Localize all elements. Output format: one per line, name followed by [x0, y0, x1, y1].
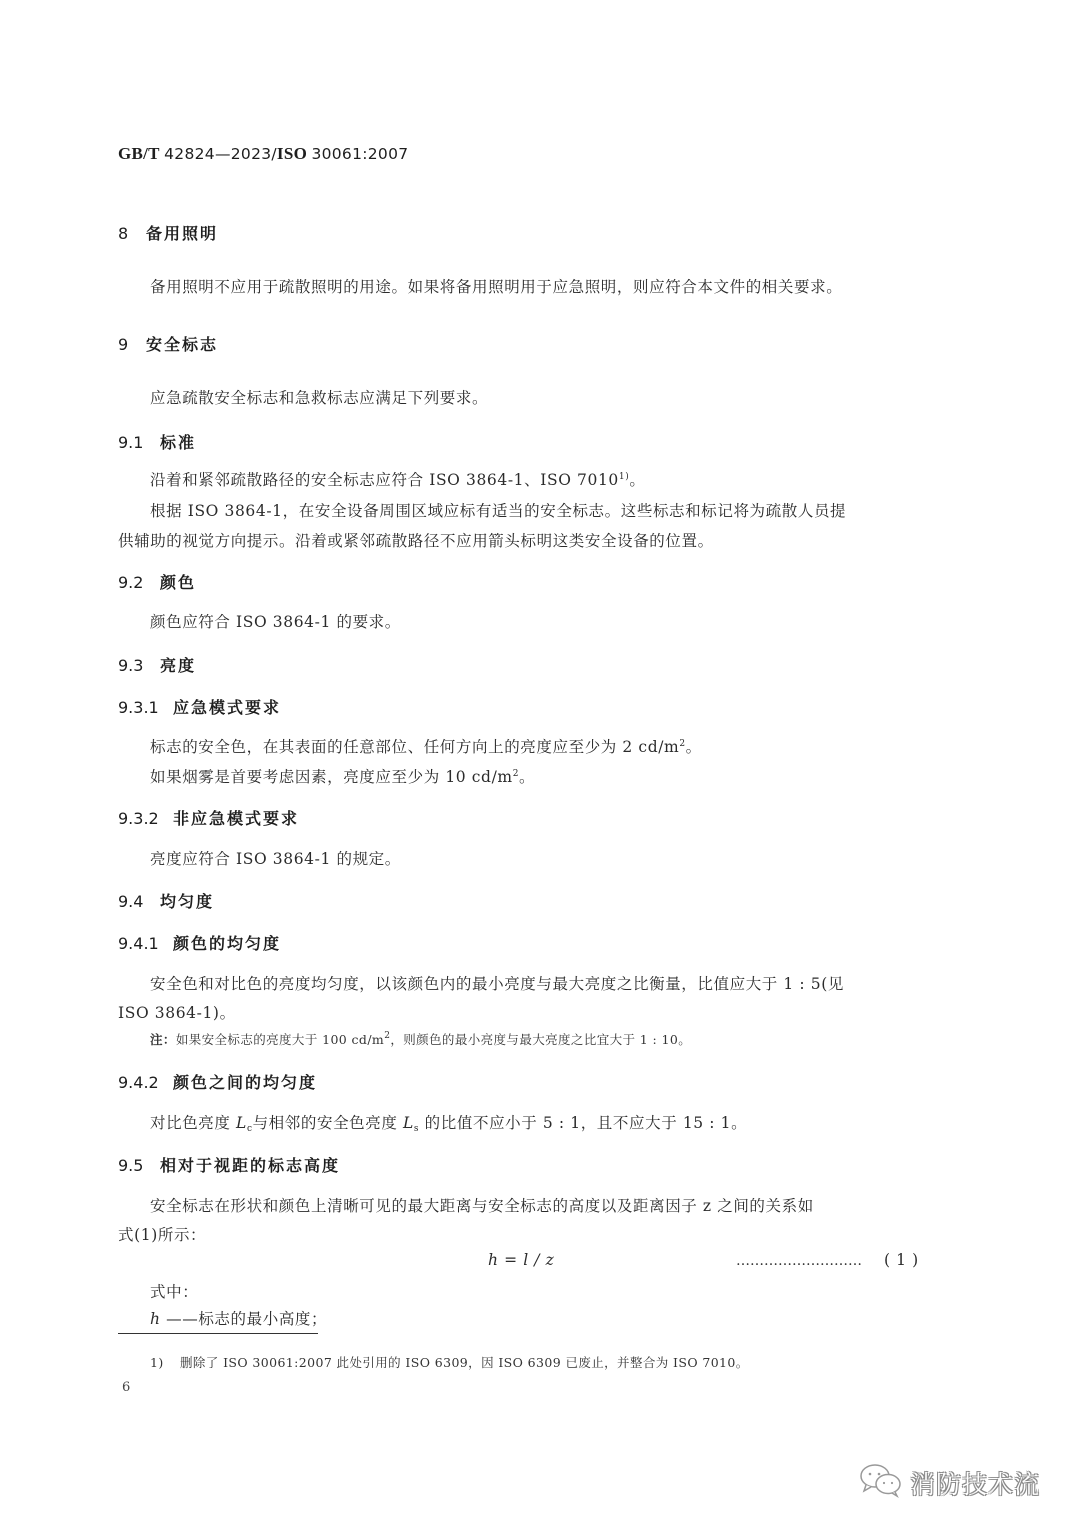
variable: h — [150, 1310, 161, 1328]
footnote-text: 删除了 ISO 30061:2007 此处引用的 ISO 6309，因 ISO … — [180, 1355, 749, 1370]
std-number: 42824—2023/ — [164, 145, 277, 163]
text: 。 — [686, 738, 702, 756]
text: ——标志的最小高度； — [166, 1310, 327, 1328]
subscript: s — [414, 1124, 419, 1134]
variable-definition: h ——标志的最小高度； — [150, 1307, 327, 1329]
section-number: 9.4.2 — [118, 1073, 173, 1092]
page-number: 6 — [122, 1380, 130, 1395]
section-9-2-body: 颜色应符合 ISO 3864-1 的要求。 — [150, 610, 401, 632]
text: 标志的安全色，在其表面的任意部位、任何方向上的亮度应至少为 2 cd/m — [150, 738, 679, 756]
text: 如果安全标志的亮度大于 100 cd/m — [176, 1032, 384, 1047]
text: ，则颜色的最小亮度与最大亮度之比宜大于 1 : 10。 — [390, 1032, 691, 1047]
section-title: 备用照明 — [146, 224, 218, 243]
section-9-3-1-paragraph-1: 标志的安全色，在其表面的任意部位、任何方向上的亮度应至少为 2 cd/m2。 — [150, 735, 702, 757]
section-9-5-paragraph-line-2: 式(1)所示： — [118, 1223, 206, 1245]
text: 对比色亮度 — [150, 1114, 236, 1132]
section-number: 9.5 — [118, 1156, 160, 1175]
section-9-4-1-paragraph-line-1: 安全色和对比色的亮度均匀度，以该颜色内的最小亮度与最大亮度之比衡量，比值应大于 … — [150, 972, 844, 994]
section-title: 颜色 — [160, 573, 196, 592]
section-9-1-heading: 9.1标准 — [118, 430, 196, 453]
section-9-4-1-paragraph-line-2: ISO 3864-1)。 — [118, 1001, 236, 1023]
text: 如果烟雾是首要考虑因素，亮度应至少为 10 cd/m — [150, 768, 513, 786]
footnote-separator — [118, 1333, 318, 1334]
where-label: 式中： — [150, 1280, 198, 1302]
section-title: 安全标志 — [146, 335, 218, 354]
section-9-3-1-paragraph-2: 如果烟雾是首要考虑因素，亮度应至少为 10 cd/m2。 — [150, 765, 535, 787]
variable: L — [236, 1114, 247, 1132]
section-8-body: 备用照明不应用于疏散照明的用途。如果将备用照明用于应急照明，则应符合本文件的相关… — [150, 275, 842, 297]
section-number: 9.4 — [118, 892, 160, 911]
section-title: 颜色的均匀度 — [173, 934, 281, 953]
section-9-3-2-heading: 9.3.2非应急模式要求 — [118, 806, 299, 829]
section-9-heading: 9安全标志 — [118, 332, 218, 355]
text: 。 — [629, 471, 645, 489]
section-9-body: 应急疏散安全标志和急救标志应满足下列要求。 — [150, 386, 488, 408]
equation: h = l / z — [488, 1251, 554, 1269]
section-number: 9.2 — [118, 573, 160, 592]
iso-prefix: ISO — [277, 144, 307, 163]
std-prefix: GB/T — [118, 144, 160, 163]
section-9-3-heading: 9.3亮度 — [118, 653, 196, 676]
iso-number: 30061:2007 — [311, 145, 408, 163]
section-9-4-2-body: 对比色亮度 Lc与相邻的安全色亮度 Ls 的比值不应小于 5 : 1，且不应大于… — [150, 1111, 747, 1134]
text: 。 — [519, 768, 535, 786]
section-number: 9.3.1 — [118, 698, 173, 717]
equation-leader-dots: ……………………… — [736, 1253, 862, 1269]
section-number: 9 — [118, 335, 146, 354]
footnote: 1)删除了 ISO 30061:2007 此处引用的 ISO 6309，因 IS… — [150, 1353, 749, 1371]
section-9-2-heading: 9.2颜色 — [118, 570, 196, 593]
section-9-4-2-heading: 9.4.2颜色之间的均匀度 — [118, 1070, 317, 1093]
variable: L — [403, 1114, 414, 1132]
section-9-1-paragraph-2-line-2: 供辅助的视觉方向提示。沿着或紧邻疏散路径不应用箭头标明这类安全设备的位置。 — [118, 529, 714, 551]
section-number: 9.1 — [118, 433, 160, 452]
section-title: 相对于视距的标志高度 — [160, 1156, 340, 1175]
wechat-icon — [858, 1462, 904, 1503]
note-label: 注： — [150, 1032, 176, 1047]
section-9-4-1-note: 注：如果安全标志的亮度大于 100 cd/m2，则颜色的最小亮度与最大亮度之比宜… — [150, 1030, 691, 1048]
section-title: 非应急模式要求 — [173, 809, 299, 828]
section-number: 9.3.2 — [118, 809, 173, 828]
section-number: 9.3 — [118, 656, 160, 675]
section-title: 亮度 — [160, 656, 196, 675]
section-number: 9.4.1 — [118, 934, 173, 953]
section-title: 均匀度 — [160, 892, 214, 911]
section-9-3-1-heading: 9.3.1应急模式要求 — [118, 695, 281, 718]
document-page: GB/T 42824—2023/ISO 30061:2007 8备用照明 备用照… — [0, 0, 1080, 1528]
section-9-1-paragraph-1: 沿着和紧邻疏散路径的安全标志应符合 ISO 3864-1、ISO 70101)。 — [150, 468, 645, 490]
footnote-marker: 1) — [150, 1355, 180, 1370]
watermark: 消防技术流 — [858, 1462, 1040, 1503]
text: 沿着和紧邻疏散路径的安全标志应符合 ISO 3864-1、ISO 7010 — [150, 471, 619, 489]
section-9-4-1-heading: 9.4.1颜色的均匀度 — [118, 931, 281, 954]
section-title: 应急模式要求 — [173, 698, 281, 717]
section-title: 标准 — [160, 433, 196, 452]
equation-number: ( 1 ) — [884, 1251, 919, 1269]
section-9-1-paragraph-2-line-1: 根据 ISO 3864-1，在安全设备周围区域应标有适当的安全标志。这些标志和标… — [150, 499, 846, 521]
section-8-heading: 8备用照明 — [118, 221, 218, 244]
section-number: 8 — [118, 224, 146, 243]
section-9-5-paragraph-line-1: 安全标志在形状和颜色上清晰可见的最大距离与安全标志的高度以及距离因子 z 之间的… — [150, 1194, 814, 1216]
standard-identifier: GB/T 42824—2023/ISO 30061:2007 — [118, 144, 408, 164]
section-9-5-heading: 9.5相对于视距的标志高度 — [118, 1153, 340, 1176]
text: 与相邻的安全色亮度 — [253, 1114, 403, 1132]
watermark-text: 消防技术流 — [910, 1465, 1040, 1501]
section-title: 颜色之间的均匀度 — [173, 1073, 317, 1092]
section-9-4-heading: 9.4均匀度 — [118, 889, 214, 912]
footnote-ref: 1) — [619, 472, 629, 482]
text: 的比值不应小于 5 : 1，且不应大于 15 : 1。 — [425, 1114, 748, 1132]
section-9-3-2-body: 亮度应符合 ISO 3864-1 的规定。 — [150, 847, 401, 869]
